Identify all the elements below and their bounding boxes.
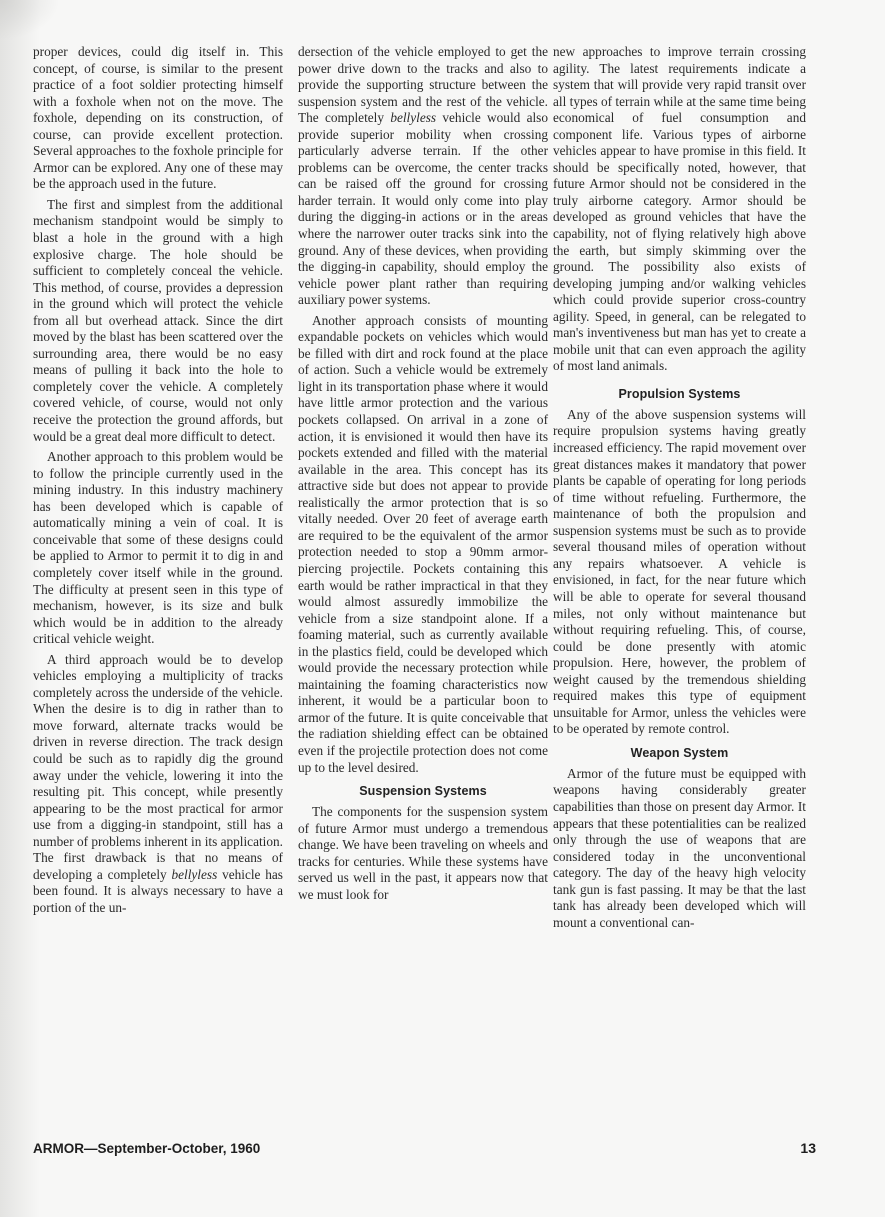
column-1: proper devices, could dig itself in. Thi…: [33, 44, 283, 916]
paragraph: dersection of the vehicle employed to ge…: [298, 44, 548, 309]
section-heading-propulsion-systems: Propulsion Systems: [553, 387, 806, 401]
section-heading-suspension-systems: Suspension Systems: [298, 784, 548, 798]
column-3: new approaches to improve terrain crossi…: [553, 44, 806, 931]
page-number: 13: [800, 1140, 816, 1156]
paragraph: Another approach to this problem would b…: [33, 449, 283, 648]
emphasis-text: bellyless: [171, 867, 217, 882]
paragraph: A third approach would be to develop veh…: [33, 652, 283, 917]
page-corner-shadow: [0, 0, 60, 40]
paragraph: proper devices, could dig itself in. Thi…: [33, 44, 283, 193]
running-title: ARMOR—September-October, 1960: [33, 1141, 260, 1156]
paragraph: new approaches to improve terrain crossi…: [553, 44, 806, 375]
paragraph: The components for the suspension system…: [298, 804, 548, 903]
paragraph: Another approach consists of mounting ex…: [298, 313, 548, 776]
paragraph-text: vehicle would also provide superior mobi…: [298, 110, 548, 307]
emphasis-text: bellyless: [390, 110, 436, 125]
section-heading-weapon-system: Weapon System: [553, 746, 806, 760]
column-2: dersection of the vehicle employed to ge…: [298, 44, 548, 903]
article-body: proper devices, could dig itself in. Thi…: [33, 44, 853, 1106]
paragraph: Armor of the future must be equipped wit…: [553, 766, 806, 931]
page-footer: ARMOR—September-October, 1960 13: [33, 1140, 816, 1156]
paragraph: Any of the above suspension systems will…: [553, 407, 806, 738]
paragraph-text: A third approach would be to develop veh…: [33, 652, 283, 882]
paragraph: The first and simplest from the addition…: [33, 197, 283, 445]
